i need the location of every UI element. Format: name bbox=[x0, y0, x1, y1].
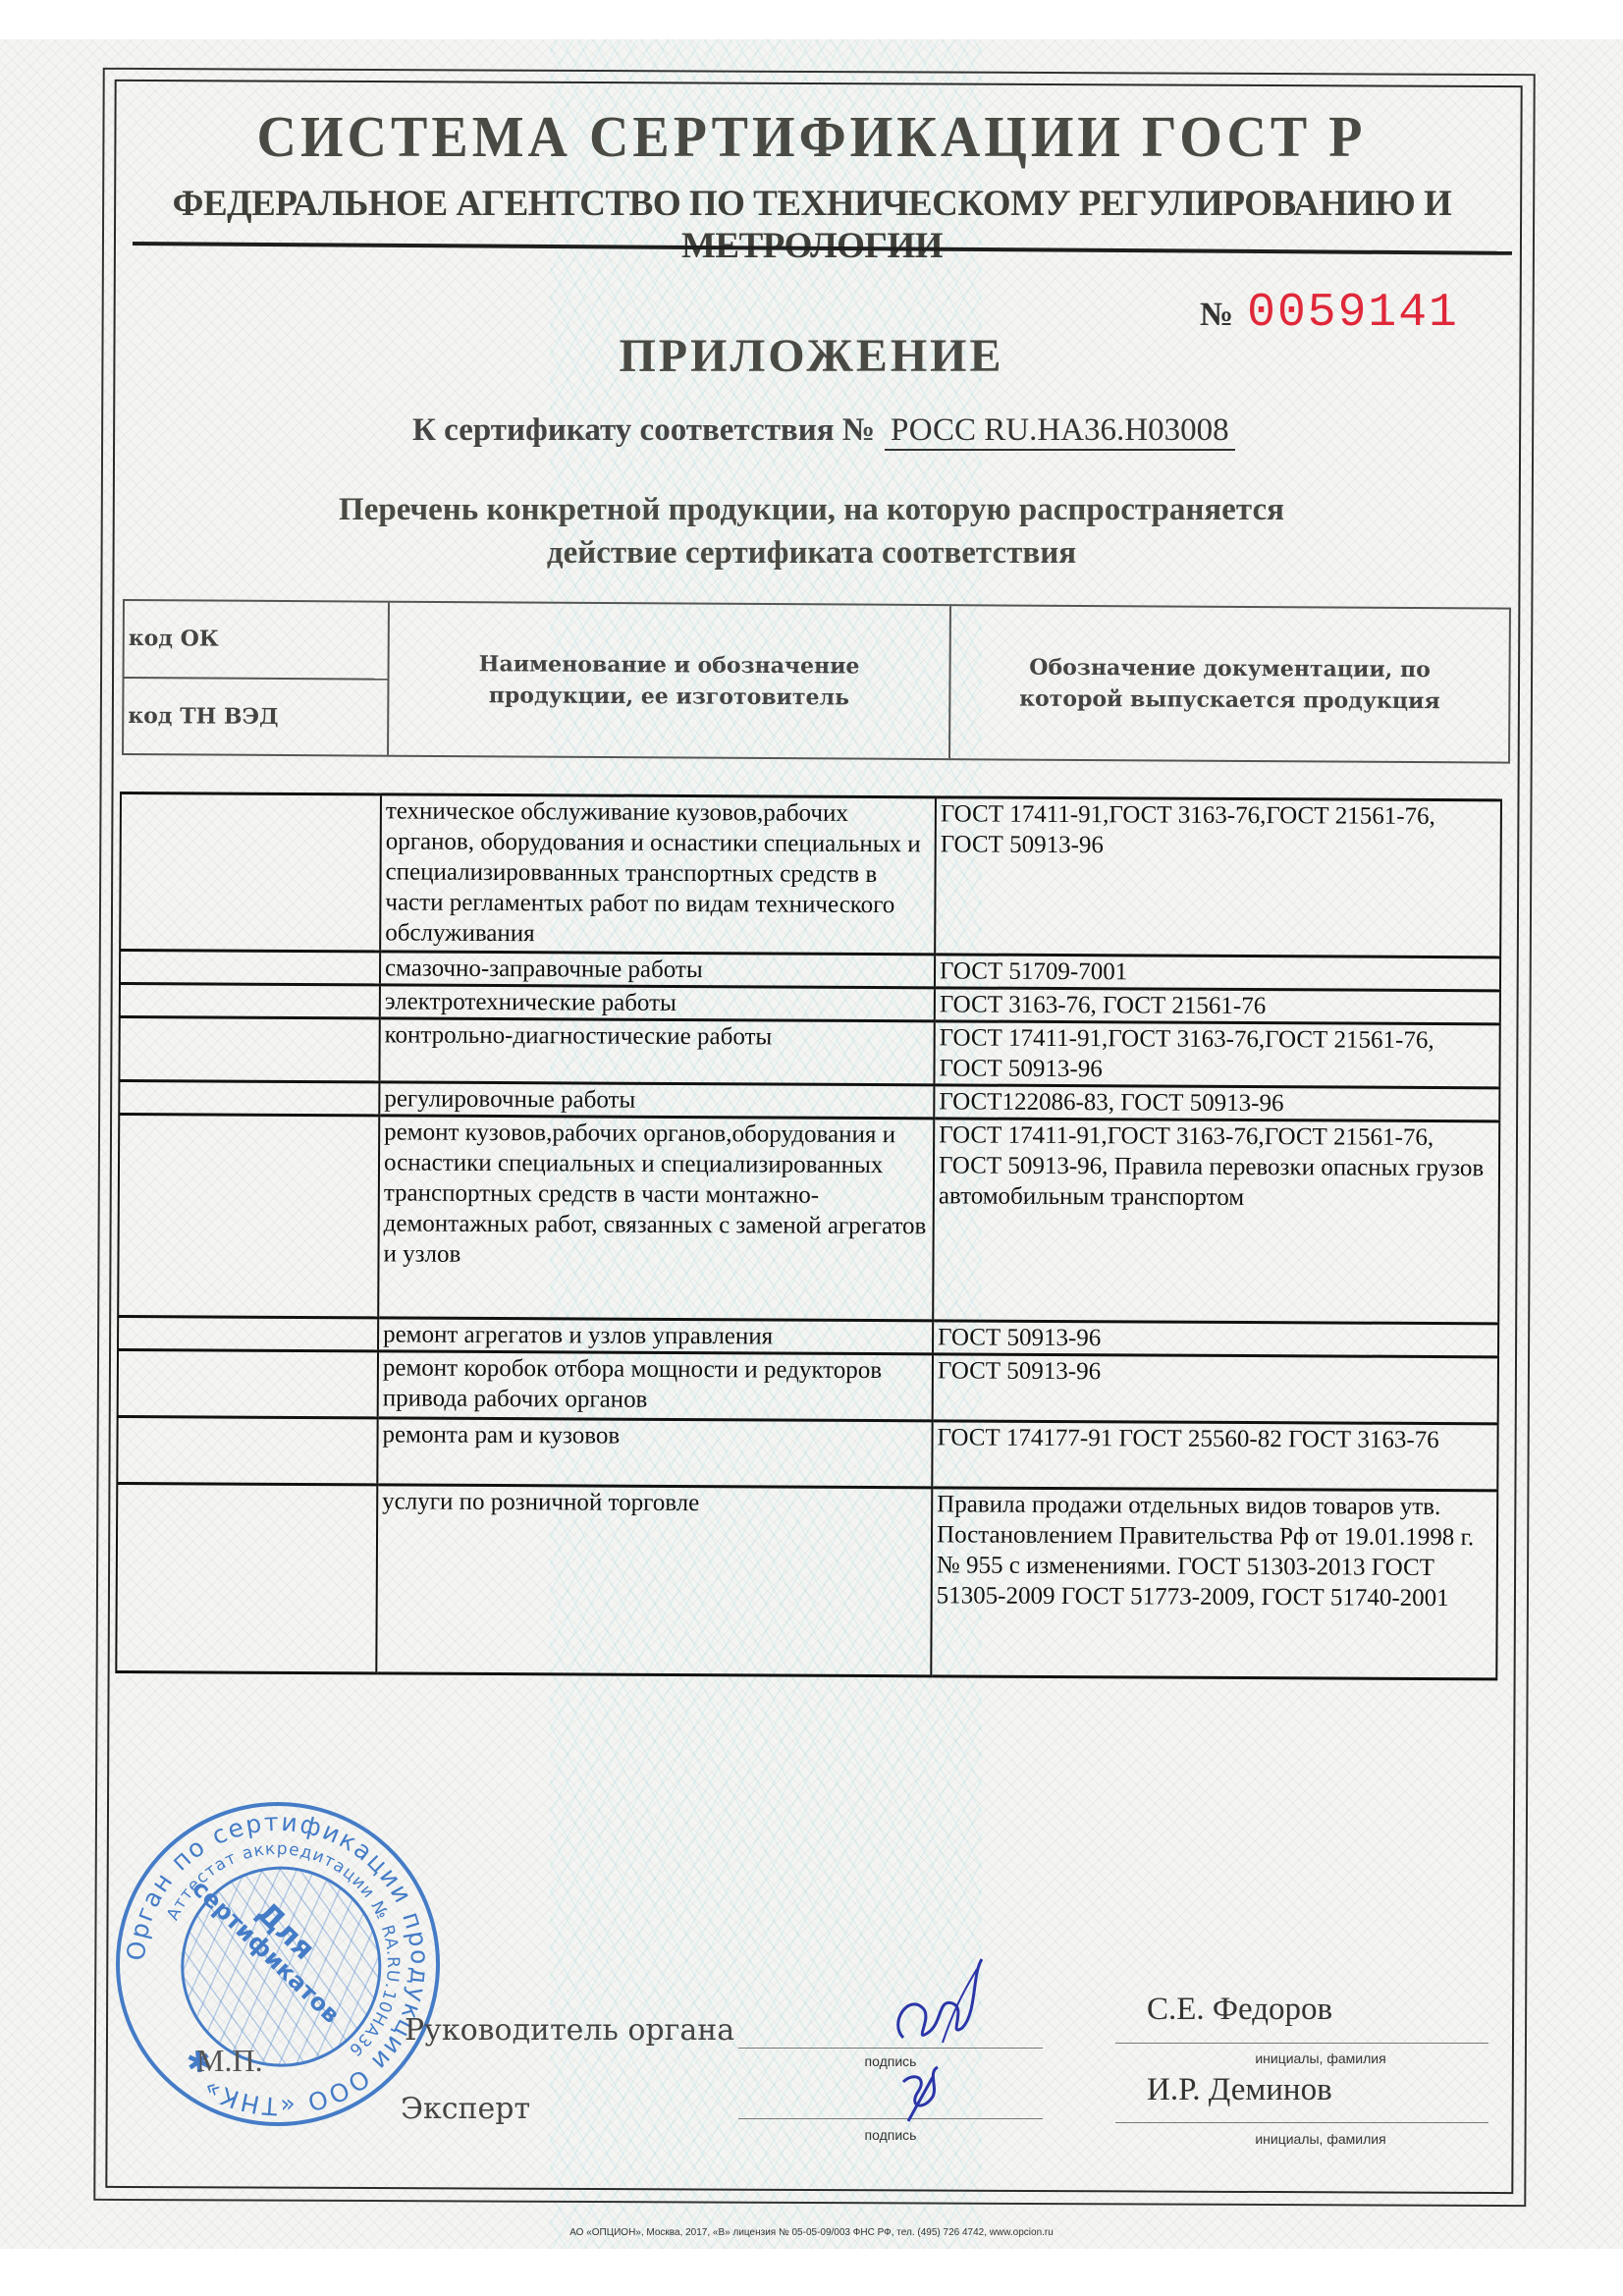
code-column-header: код ОК код ТН ВЭД bbox=[124, 601, 390, 755]
printer-footer: АО «ОПЦИОН», Москва, 2017, «В» лицензия … bbox=[0, 2227, 1623, 2238]
system-title: СИСТЕМА СЕРТИФИКАЦИИ ГОСТ Р bbox=[0, 104, 1623, 170]
stamp-place-label: М.П. bbox=[196, 2043, 263, 2079]
table-row: ремонта рам и кузовов ГОСТ 174177-91 ГОС… bbox=[117, 1416, 1497, 1490]
documentation-cell: ГОСТ 17411-91,ГОСТ 3163-76,ГОСТ 21561-76… bbox=[935, 797, 1501, 957]
table-row: ремонт кузовов,рабочих органов,оборудова… bbox=[118, 1115, 1499, 1324]
code-cell bbox=[118, 1349, 378, 1417]
products-table: техническое обслуживание кузовов,рабочих… bbox=[115, 792, 1502, 1680]
documentation-header: Обозначение документации, по которой вып… bbox=[950, 606, 1509, 761]
product-name-cell: электротехнические работы bbox=[380, 985, 935, 1021]
head-name-line bbox=[1115, 2043, 1488, 2044]
okp-code-label: код ОК bbox=[125, 601, 388, 680]
documentation-cell: ГОСТ 174177-91 ГОСТ 25560-82 ГОСТ 3163-7… bbox=[932, 1421, 1497, 1491]
certificate-number: РОСС RU.НА36.Н03008 bbox=[885, 412, 1235, 451]
documentation-cell: ГОСТ 17411-91,ГОСТ 3163-76,ГОСТ 21561-76… bbox=[934, 1021, 1499, 1088]
table-row: услуги по розничной торговле Правила про… bbox=[116, 1483, 1497, 1678]
table-row: ремонт коробок отбора мощности и редукто… bbox=[118, 1349, 1498, 1423]
documentation-cell: ГОСТ 50913-96 bbox=[933, 1321, 1498, 1357]
documentation-header-text: Обозначение документации, по которой вып… bbox=[1003, 651, 1455, 717]
code-cell bbox=[120, 951, 380, 985]
documentation-cell: ГОСТ122086-83, ГОСТ 50913-96 bbox=[934, 1085, 1499, 1121]
code-cell bbox=[120, 984, 380, 1018]
head-signature-icon bbox=[884, 1954, 992, 2062]
code-cell bbox=[117, 1416, 377, 1484]
documentation-cell: ГОСТ 3163-76, ГОСТ 21561-76 bbox=[935, 988, 1500, 1024]
code-cell bbox=[119, 1017, 379, 1082]
tnved-code-label: код ТН ВЭД bbox=[124, 679, 387, 755]
table-row: техническое обслуживание кузовов,рабочих… bbox=[120, 793, 1501, 957]
product-name-header-text: Наименование и обозначение продукции, ее… bbox=[472, 648, 865, 713]
product-name-header: Наименование и обозначение продукции, ее… bbox=[389, 603, 951, 758]
subtitle-line-1: Перечень конкретной продукции, на котору… bbox=[0, 488, 1623, 531]
product-name-cell: ремонт кузовов,рабочих органов,оборудова… bbox=[378, 1116, 934, 1321]
head-label: Руководитель органа bbox=[405, 2013, 734, 2048]
certificate-label: К сертификату соответствия № bbox=[412, 412, 875, 449]
product-name-cell: ремонт агрегатов и узлов управления bbox=[378, 1318, 933, 1354]
head-name: С.Е. Федоров bbox=[1147, 1992, 1332, 2028]
agency-title: ФЕДЕРАЛЬНОЕ АГЕНТСТВО ПО ТЕХНИЧЕСКОМУ РЕ… bbox=[110, 183, 1514, 267]
code-cell bbox=[116, 1483, 377, 1672]
product-name-cell: услуги по розничной торговле bbox=[376, 1485, 932, 1676]
expert-name-caption: инициалы, фамилия bbox=[1247, 2131, 1394, 2147]
documentation-cell: ГОСТ 17411-91,ГОСТ 3163-76,ГОСТ 21561-76… bbox=[933, 1119, 1499, 1324]
head-name-caption: инициалы, фамилия bbox=[1247, 2050, 1394, 2066]
expert-label: Эксперт bbox=[401, 2092, 530, 2126]
documentation-cell: ГОСТ 51709-7001 bbox=[935, 955, 1500, 991]
subtitle-line-2: действие сертификата соответствия bbox=[0, 531, 1623, 574]
documentation-cell: Правила продажи отдельных видов товаров … bbox=[931, 1488, 1497, 1679]
product-name-cell: смазочно-заправочные работы bbox=[380, 952, 935, 988]
subtitle: Перечень конкретной продукции, на котору… bbox=[0, 488, 1623, 574]
product-name-cell: техническое обслуживание кузовов,рабочих… bbox=[380, 794, 936, 955]
page-title: ПРИЛОЖЕНИЕ bbox=[0, 329, 1623, 383]
expert-name-line bbox=[1115, 2122, 1488, 2123]
code-cell bbox=[119, 1081, 379, 1116]
table-row: контрольно-диагностические работы ГОСТ 1… bbox=[119, 1017, 1499, 1088]
code-cell bbox=[120, 793, 381, 952]
official-seal: Орган по сертификации продукции ООО «ТНК… bbox=[100, 1786, 457, 2143]
product-name-cell: регулировочные работы bbox=[379, 1082, 934, 1119]
expert-signature-icon bbox=[889, 2062, 947, 2131]
table-header: код ОК код ТН ВЭД Наименование и обознач… bbox=[122, 599, 1511, 764]
product-name-cell: ремонта рам и кузовов bbox=[377, 1418, 932, 1488]
code-cell bbox=[118, 1115, 379, 1318]
expert-name: И.Р. Деминов bbox=[1147, 2072, 1332, 2108]
product-name-cell: ремонт коробок отбора мощности и редукто… bbox=[378, 1351, 933, 1421]
certificate-reference: К сертификату соответствия № РОСС RU.НА3… bbox=[412, 412, 1235, 451]
documentation-cell: ГОСТ 50913-96 bbox=[933, 1354, 1498, 1424]
product-name-cell: контрольно-диагностические работы bbox=[379, 1018, 934, 1085]
code-cell bbox=[118, 1316, 378, 1350]
